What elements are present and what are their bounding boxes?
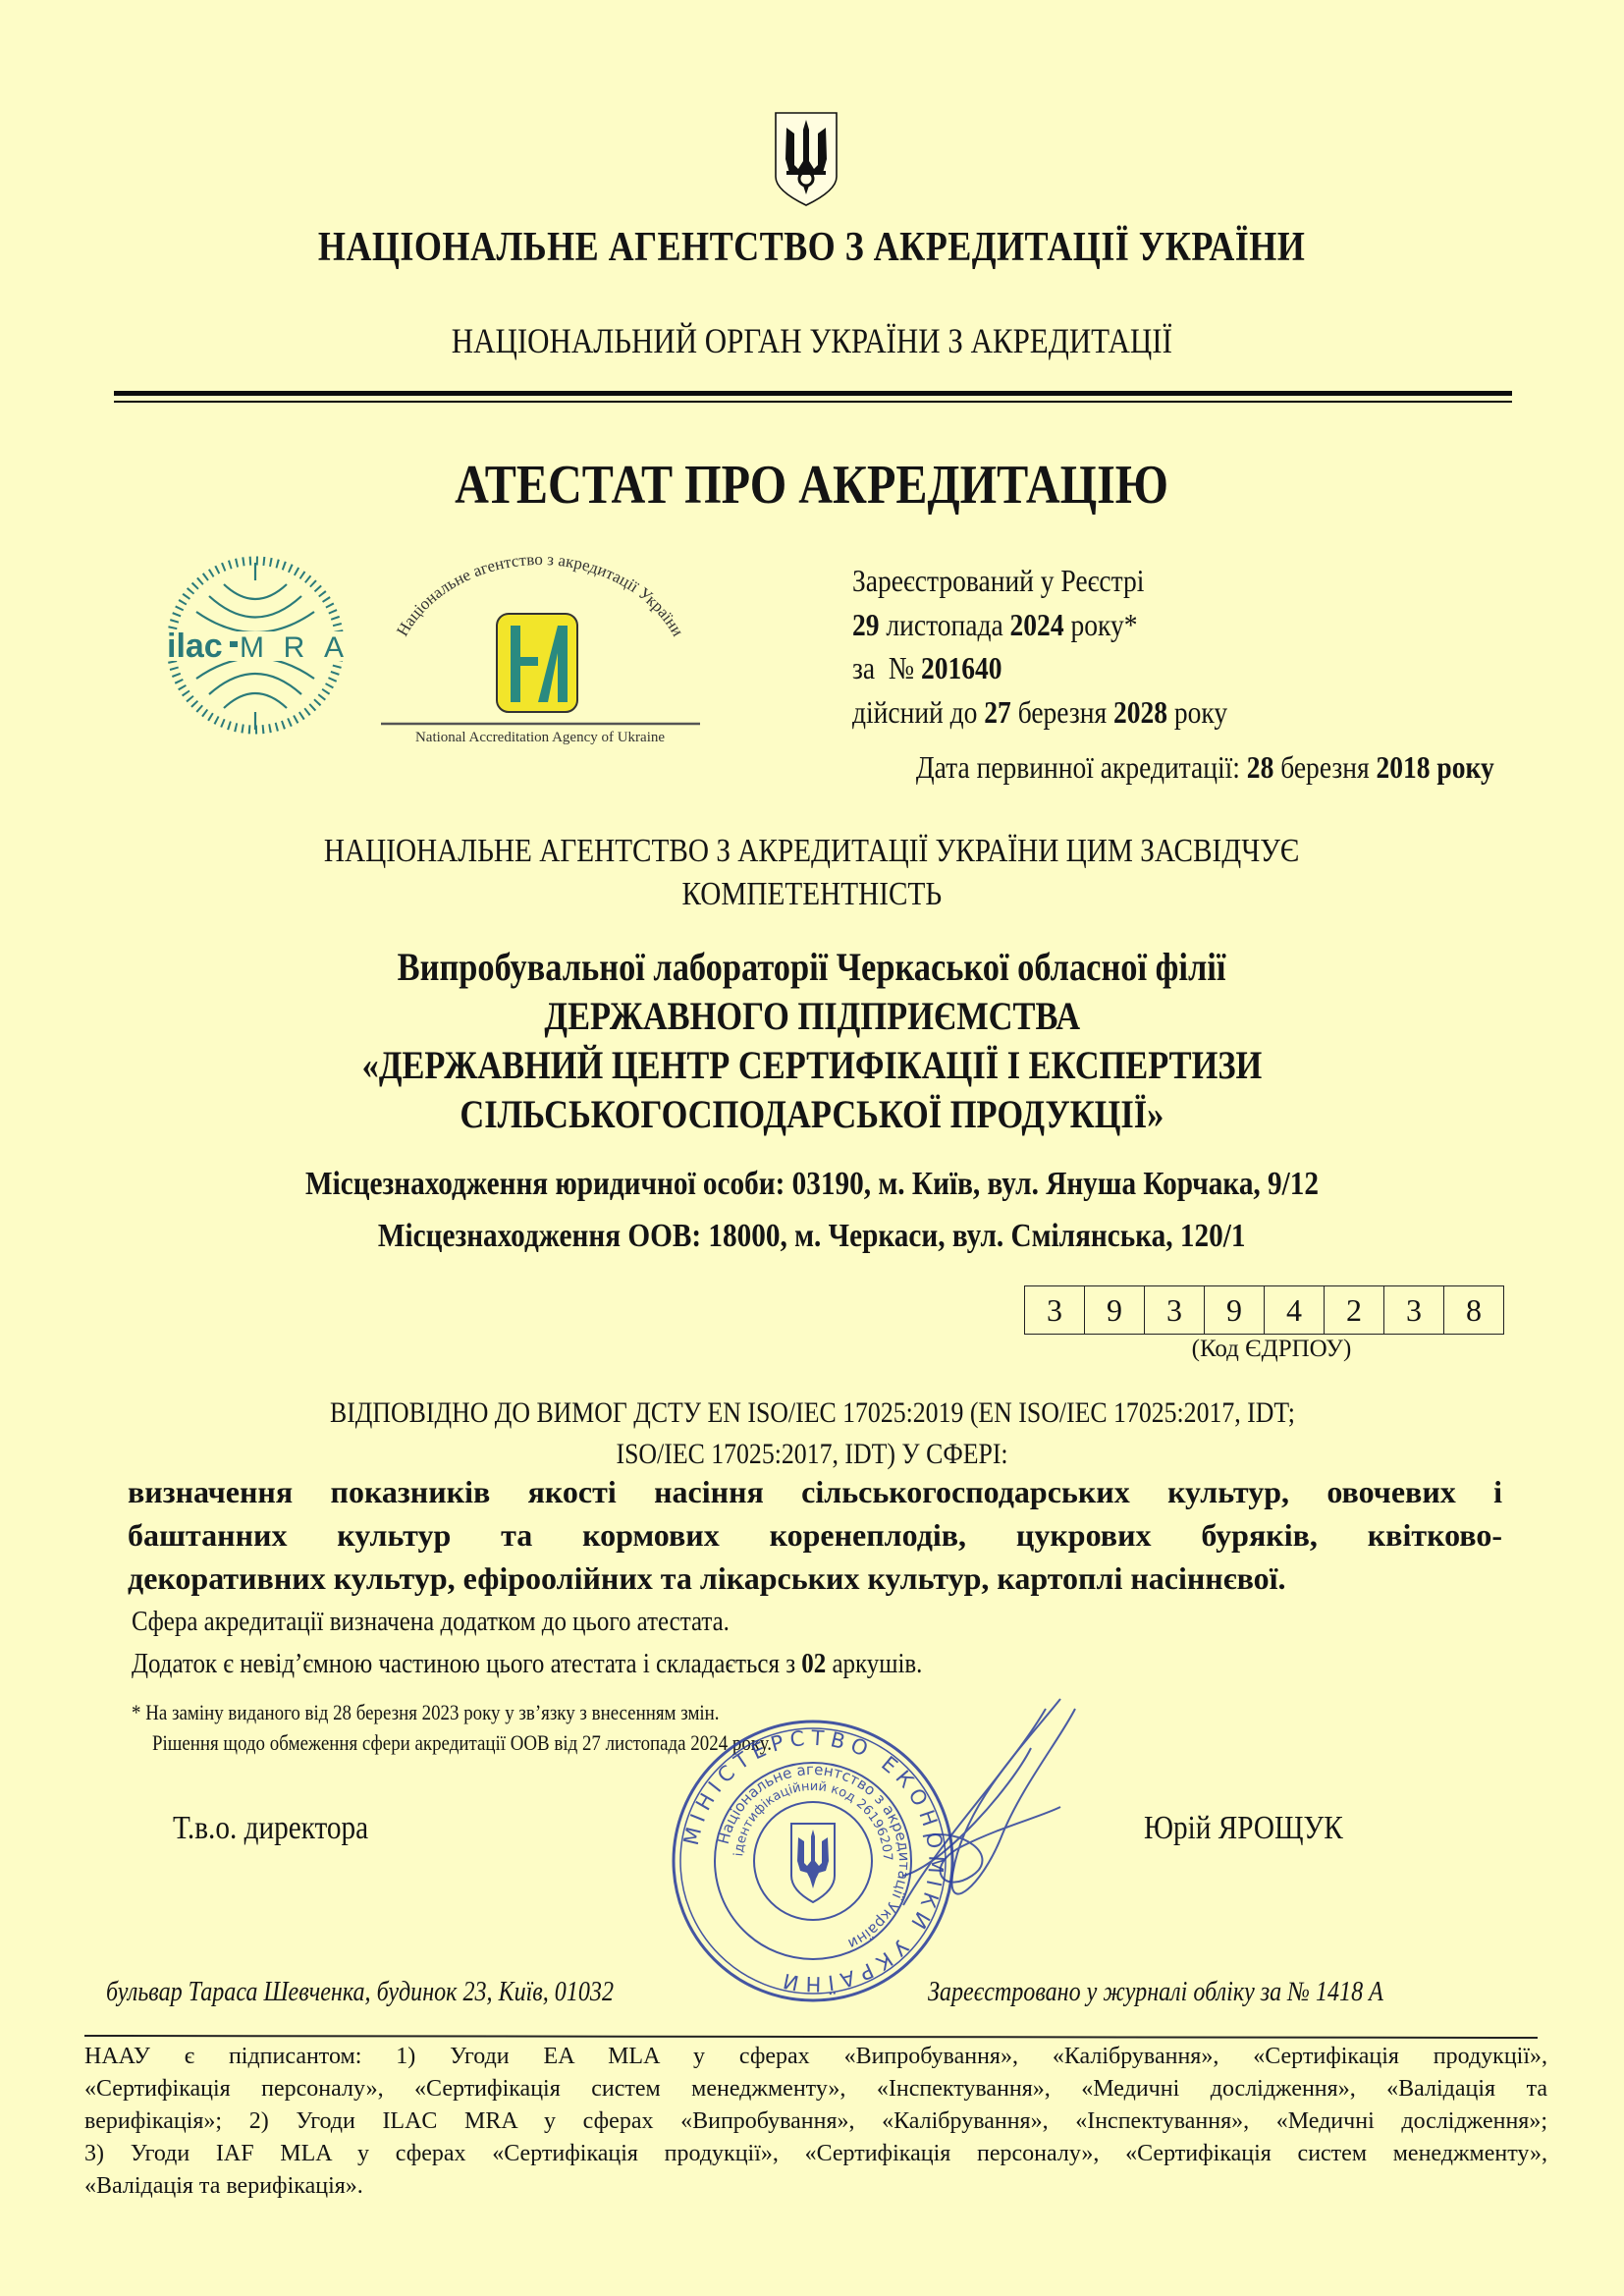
national-body-name: НАЦІОНАЛЬНИЙ ОРГАН УКРАЇНИ З АКРЕДИТАЦІЇ (0, 320, 1624, 361)
edrpou-code: 3 9 3 9 4 2 3 8 (1024, 1285, 1504, 1335)
registration-label: Зареєстрований у Реєстрі (852, 563, 1192, 599)
registration-date: 29 листопада 2024 року* (852, 607, 1184, 643)
signatory-title: Т.в.о. директора (173, 1810, 401, 1847)
certifies-statement: НАЦІОНАЛЬНЕ АГЕНТСТВО З АКРЕДИТАЦІЇ УКРА… (0, 830, 1624, 916)
edrpou-digit: 3 (1025, 1286, 1085, 1334)
signatory-agreements: НААУ є підписантом: 1) Угоди EA MLA у сф… (84, 2041, 1547, 2203)
valid-until: дійсний до 27 березня 2028 року (852, 694, 1288, 731)
naau-logo: Національне агентство з акредитації Укра… (371, 555, 710, 746)
header-divider-thick (114, 391, 1512, 396)
edrpou-digit: 3 (1384, 1286, 1444, 1334)
edrpou-label: (Код ЄДРПОУ) (1159, 1336, 1384, 1363)
edrpou-digit: 3 (1145, 1286, 1205, 1334)
first-accreditation-date: Дата первинної акредитації: 28 березня 2… (822, 749, 1494, 786)
svg-text:MRA: MRA (240, 631, 344, 664)
edrpou-digit: 9 (1205, 1286, 1265, 1334)
header-divider-thin (114, 401, 1512, 403)
svg-text:ilac: ilac (167, 628, 223, 665)
annex-note: Додаток є невід’ємною частиною цього ате… (132, 1648, 1052, 1680)
agency-name: НАЦІОНАЛЬНЕ АГЕНТСТВО З АКРЕДИТАЦІЇ УКРА… (0, 224, 1624, 271)
handwritten-signature (864, 1689, 1090, 1935)
edrpou-digit: 8 (1444, 1286, 1503, 1334)
organization-name: Випробувальної лабораторії Черкаської об… (0, 943, 1624, 1139)
certificate-title: АТЕСТАТ ПРО АКРЕДИТАЦІЮ (0, 454, 1624, 517)
footer-divider (84, 2035, 1538, 2039)
legal-address: Місцезнаходження юридичної особи: 03190,… (0, 1166, 1624, 1203)
signatory-name: Юрій ЯРОЩУК (1144, 1810, 1376, 1847)
edrpou-digit: 9 (1085, 1286, 1145, 1334)
standard-requirement: ВІДПОВІДНО ДО ВИМОГ ДСТУ EN ISO/IEC 1702… (0, 1393, 1624, 1475)
agency-address: бульвар Тараса Шевченка, будинок 23, Киї… (106, 1977, 696, 2008)
ilac-mra-logo: ilac MRA (165, 555, 347, 737)
svg-text:National Accreditation Agency: National Accreditation Agency of Ukraine (415, 730, 665, 745)
registration-number: за № 201640 (852, 650, 1026, 686)
accreditation-scope: визначення показників якості насіння сіл… (128, 1470, 1502, 1600)
edrpou-digit: 4 (1265, 1286, 1325, 1334)
ukraine-coat-of-arms-icon (773, 110, 839, 208)
edrpou-digit: 2 (1325, 1286, 1384, 1334)
scope-note: Сфера акредитації визначена додатком до … (132, 1606, 827, 1638)
oov-address: Місцезнаходження ООВ: 18000, м. Черкаси,… (0, 1218, 1624, 1255)
journal-registration: Зареєстровано у журналі обліку за № 1418… (928, 1977, 1457, 2008)
